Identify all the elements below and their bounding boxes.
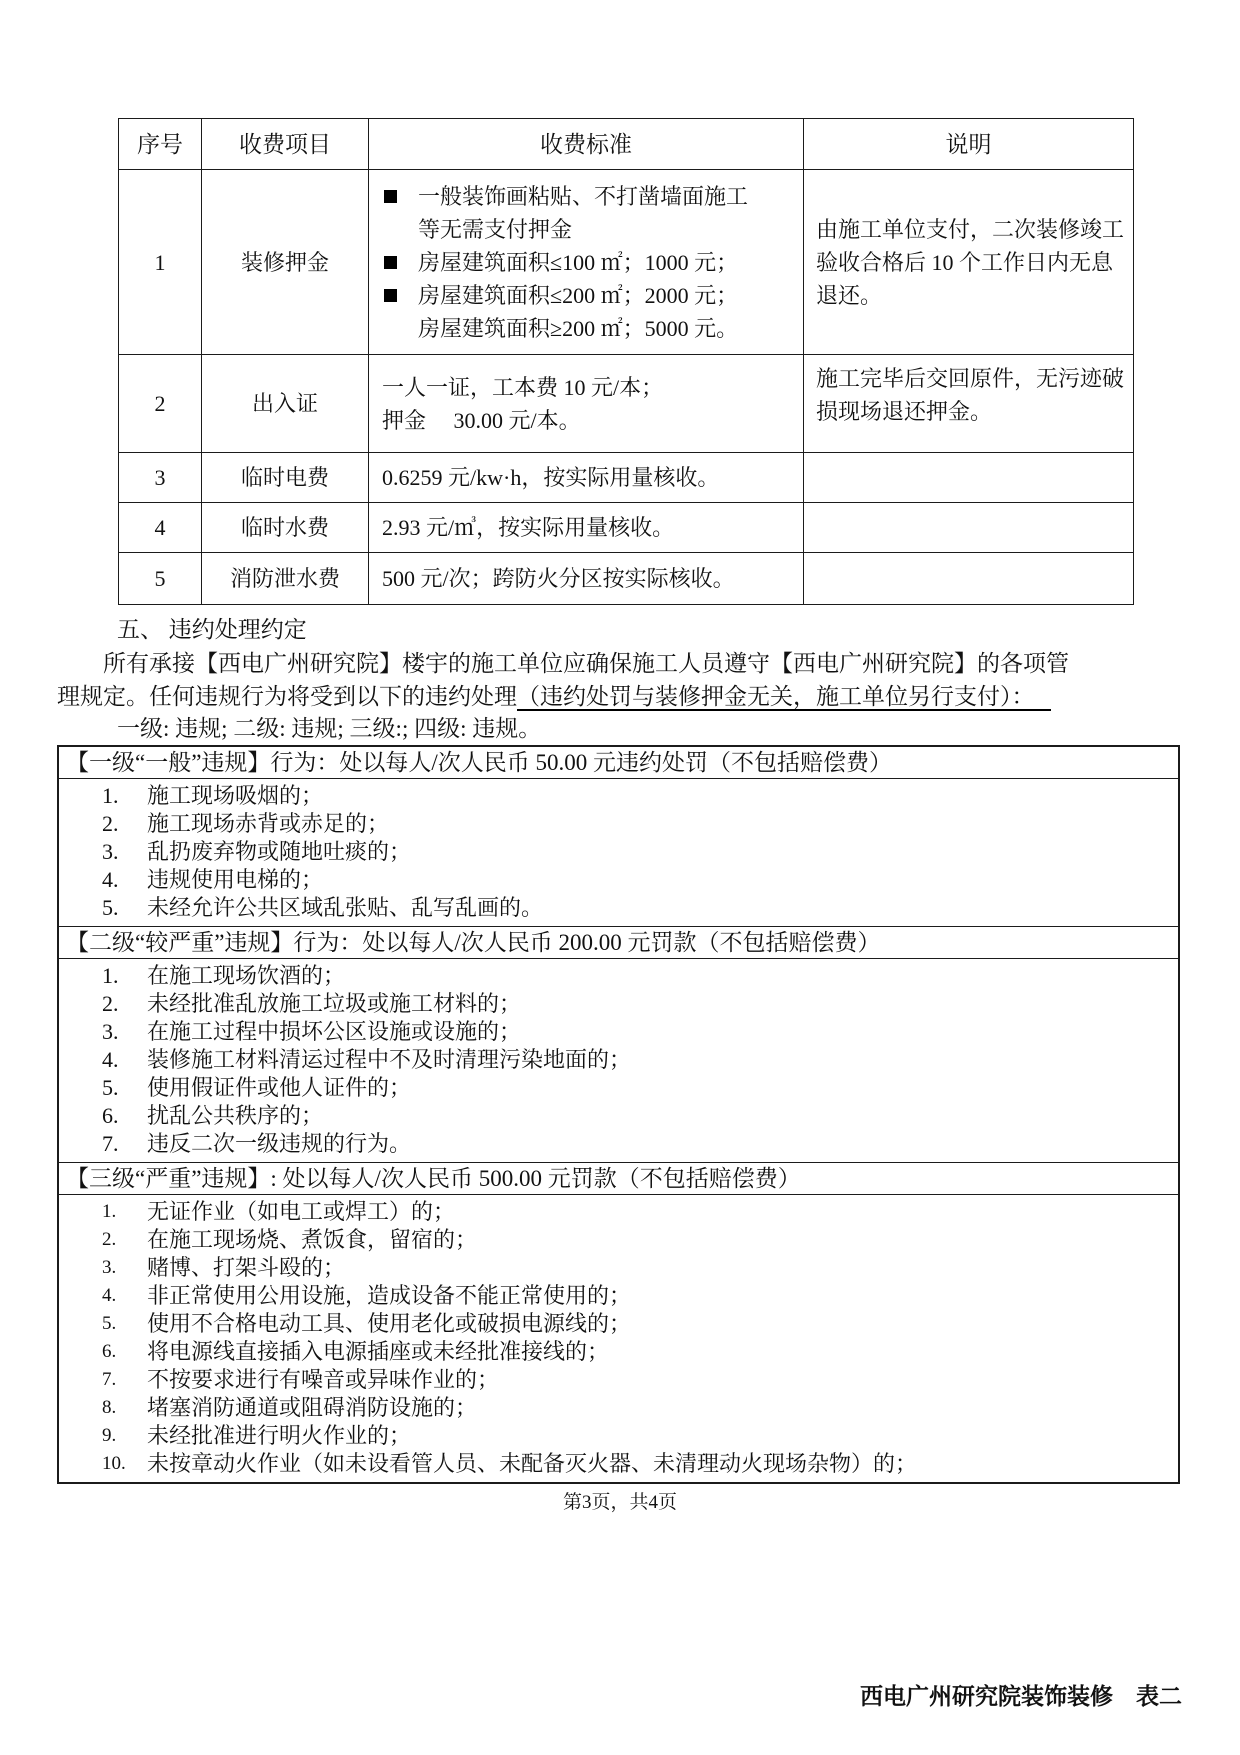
violation-item: 7.不按要求进行有噪音或异味作业的； (59, 1366, 1178, 1394)
violation-item-number: 10. (102, 1450, 147, 1478)
violation-item-list: 1.无证作业（如电工或焊工）的；2.在施工现场烧、煮饭食，留宿的；3.赌博、打架… (59, 1195, 1178, 1482)
violation-item: 6.扰乱公共秩序的； (59, 1102, 1178, 1130)
document-footer-label: 西电广州研究院装饰装修 表二 (860, 1678, 1182, 1711)
violation-item-number: 2. (102, 810, 147, 838)
fee-note-cell: 施工完毕后交回原件，无污迹破 损现场退还押金。 (804, 355, 1134, 453)
fee-standard-cell: 2.93 元/㎥，按实际用量核收。 (369, 503, 804, 553)
page-content: 序号收费项目收费标准说明 1装修押金一般装饰画粘贴、不打凿墙面施工 等无需支付押… (57, 118, 1180, 1484)
violation-item: 1.无证作业（如电工或焊工）的； (59, 1198, 1178, 1226)
document-page: 序号收费项目收费标准说明 1装修押金一般装饰画粘贴、不打凿墙面施工 等无需支付押… (0, 0, 1240, 1755)
fee-table-header-row: 序号收费项目收费标准说明 (119, 119, 1134, 170)
fee-standard-cell: 一人一证，工本费 10 元/本； 押金 30.00 元/本。 (369, 355, 804, 453)
violation-box: 【一级“一般”违规】行为：处以每人/次人民币 50.00 元违约处罚（不包括赔偿… (57, 745, 1180, 1484)
fee-standard-bullet: 房屋建筑面积≤100 ㎡；1000 元； (382, 246, 797, 279)
violation-item-text: 使用不合格电动工具、使用老化或破损电源线的； (147, 1310, 1178, 1338)
fee-table-body: 1装修押金一般装饰画粘贴、不打凿墙面施工 等无需支付押金房屋建筑面积≤100 ㎡… (119, 170, 1134, 605)
violation-item-text: 使用假证件或他人证件的； (147, 1074, 1178, 1102)
violation-item-number: 9. (102, 1422, 147, 1450)
violation-item-text: 不按要求进行有噪音或异味作业的； (147, 1366, 1178, 1394)
violation-item-number: 5. (102, 1074, 147, 1102)
violation-item: 6.将电源线直接插入电源插座或未经批准接线的； (59, 1338, 1178, 1366)
violation-item-text: 在施工过程中损坏公区设施或设施的； (147, 1018, 1178, 1046)
violation-item-text: 在施工现场烧、煮饭食，留宿的； (147, 1226, 1178, 1254)
violation-item-text: 非正常使用公用设施，造成设备不能正常使用的； (147, 1282, 1178, 1310)
fee-table-row: 3临时电费0.6259 元/kw·h，按实际用量核收。 (119, 453, 1134, 503)
violation-item-text: 未经批准进行明火作业的； (147, 1422, 1178, 1450)
violation-item: 5.使用假证件或他人证件的； (59, 1074, 1178, 1102)
fee-note-cell (804, 503, 1134, 553)
violation-item-number: 2. (102, 1226, 147, 1254)
violation-item: 3.乱扔废弃物或随地吐痰的； (59, 838, 1178, 866)
violation-item: 7.违反二次一级违规的行为。 (59, 1130, 1178, 1158)
violation-level-header: 【二级“较严重”违规】行为：处以每人/次人民币 200.00 元罚款（不包括赔偿… (59, 926, 1178, 959)
violation-item-text: 违规使用电梯的； (147, 866, 1178, 894)
violation-item: 5.未经允许公共区域乱张贴、乱写乱画的。 (59, 894, 1178, 922)
violation-item-list: 1.在施工现场饮酒的；2.未经批准乱放施工垃圾或施工材料的；3.在施工过程中损坏… (59, 959, 1178, 1162)
violation-levels-line: 一级: 违规; 二级: 违规; 三级:; 四级: 违规。 (57, 713, 1180, 744)
violation-item-text: 施工现场赤背或赤足的； (147, 810, 1178, 838)
fee-table-row: 1装修押金一般装饰画粘贴、不打凿墙面施工 等无需支付押金房屋建筑面积≤100 ㎡… (119, 170, 1134, 355)
fee-standard-cell: 500 元/次；跨防火分区按实际核收。 (369, 553, 804, 605)
violation-item-text: 在施工现场饮酒的； (147, 962, 1178, 990)
fee-standard-bullet-text: 房屋建筑面积≤200 ㎡；2000 元； 房屋建筑面积≥200 ㎡；5000 元… (418, 279, 738, 345)
violation-item: 10.未按章动火作业（如未设看管人员、未配备灭火器、未清理动火现场杂物）的； (59, 1450, 1178, 1478)
violation-item-number: 4. (102, 866, 147, 894)
violation-item: 2.在施工现场烧、煮饭食，留宿的； (59, 1226, 1178, 1254)
violation-item-number: 1. (102, 1198, 147, 1226)
violation-item: 8.堵塞消防通道或阻碍消防设施的； (59, 1394, 1178, 1422)
fee-standard-cell: 一般装饰画粘贴、不打凿墙面施工 等无需支付押金房屋建筑面积≤100 ㎡；1000… (369, 170, 804, 355)
violation-item: 3.赌博、打架斗殴的； (59, 1254, 1178, 1282)
violation-item-number: 7. (102, 1130, 147, 1158)
section-title: 五、 违约处理约定 (117, 614, 1180, 645)
violation-level-header: 【三级“严重”违规】: 处以每人/次人民币 500.00 元罚款（不包括赔偿费） (59, 1162, 1178, 1195)
violation-item-number: 4. (102, 1046, 147, 1074)
violation-item-number: 6. (102, 1102, 147, 1130)
paragraph-underlined-text: （违约处罚与装修押金无关，施工单位另行支付）： (517, 684, 1051, 711)
violation-item: 5.使用不合格电动工具、使用老化或破损电源线的； (59, 1310, 1178, 1338)
fee-table-header-cell: 说明 (804, 119, 1134, 170)
fee-item-name: 消防泄水费 (202, 553, 369, 605)
violation-item-text: 赌博、打架斗殴的； (147, 1254, 1178, 1282)
violation-item-number: 3. (102, 838, 147, 866)
violation-item-number: 1. (102, 962, 147, 990)
violation-item-number: 5. (102, 894, 147, 922)
violation-item-number: 5. (102, 1310, 147, 1338)
fee-row-number: 4 (119, 503, 202, 553)
violation-item-number: 1. (102, 782, 147, 810)
fee-standard-bullet: 房屋建筑面积≤200 ㎡；2000 元； 房屋建筑面积≥200 ㎡；5000 元… (382, 279, 797, 345)
violation-item-number: 6. (102, 1338, 147, 1366)
violation-item-number: 7. (102, 1366, 147, 1394)
square-bullet-icon (384, 190, 397, 203)
section-paragraph: 所有承接【西电广州研究院】楼宇的施工单位应确保施工人员遵守【西电广州研究院】的各… (57, 647, 1180, 713)
violation-item: 1.在施工现场饮酒的； (59, 962, 1178, 990)
fee-row-number: 3 (119, 453, 202, 503)
violation-item-number: 2. (102, 990, 147, 1018)
fee-standard-bullet: 一般装饰画粘贴、不打凿墙面施工 等无需支付押金 (382, 180, 797, 246)
fee-standard-bullet-text: 房屋建筑面积≤100 ㎡；1000 元； (418, 246, 738, 279)
fee-table-header-cell: 序号 (119, 119, 202, 170)
page-number: 第3页，共4页 (0, 1487, 1240, 1514)
violation-level-header: 【一级“一般”违规】行为：处以每人/次人民币 50.00 元违约处罚（不包括赔偿… (59, 747, 1178, 779)
violation-item-text: 乱扔废弃物或随地吐痰的； (147, 838, 1178, 866)
fee-row-number: 1 (119, 170, 202, 355)
fee-note-cell (804, 553, 1134, 605)
violation-item-number: 3. (102, 1254, 147, 1282)
violation-item: 2.未经批准乱放施工垃圾或施工材料的； (59, 990, 1178, 1018)
violation-item-text: 无证作业（如电工或焊工）的； (147, 1198, 1178, 1226)
square-bullet-icon (384, 289, 397, 302)
square-bullet-icon (384, 256, 397, 269)
violation-item-number: 4. (102, 1282, 147, 1310)
violation-item: 4.装修施工材料清运过程中不及时清理污染地面的； (59, 1046, 1178, 1074)
violation-item-text: 未经允许公共区域乱张贴、乱写乱画的。 (147, 894, 1178, 922)
violation-item-text: 堵塞消防通道或阻碍消防设施的； (147, 1394, 1178, 1422)
fee-note-cell: 由施工单位支付，二次装修竣工 验收合格后 10 个工作日内无息 退还。 (804, 170, 1134, 355)
fee-item-name: 装修押金 (202, 170, 369, 355)
fee-table-row: 5消防泄水费500 元/次；跨防火分区按实际核收。 (119, 553, 1134, 605)
fee-standard-cell: 0.6259 元/kw·h，按实际用量核收。 (369, 453, 804, 503)
violation-item: 4.违规使用电梯的； (59, 866, 1178, 894)
violation-item-list: 1.施工现场吸烟的；2.施工现场赤背或赤足的；3.乱扔废弃物或随地吐痰的；4.违… (59, 779, 1178, 926)
fee-row-number: 5 (119, 553, 202, 605)
fee-standard-bullet-text: 一般装饰画粘贴、不打凿墙面施工 等无需支付押金 (418, 180, 748, 246)
violation-item-text: 未按章动火作业（如未设看管人员、未配备灭火器、未清理动火现场杂物）的； (147, 1450, 1178, 1478)
violation-item: 3.在施工过程中损坏公区设施或设施的； (59, 1018, 1178, 1046)
fee-table-header-cell: 收费项目 (202, 119, 369, 170)
violation-item: 4.非正常使用公用设施，造成设备不能正常使用的； (59, 1282, 1178, 1310)
violation-item-text: 未经批准乱放施工垃圾或施工材料的； (147, 990, 1178, 1018)
violation-item: 9.未经批准进行明火作业的； (59, 1422, 1178, 1450)
fee-note-cell (804, 453, 1134, 503)
fee-item-name: 临时电费 (202, 453, 369, 503)
fee-table: 序号收费项目收费标准说明 1装修押金一般装饰画粘贴、不打凿墙面施工 等无需支付押… (118, 118, 1134, 605)
violation-item-text: 施工现场吸烟的； (147, 782, 1178, 810)
violation-item-number: 3. (102, 1018, 147, 1046)
violation-item-text: 装修施工材料清运过程中不及时清理污染地面的； (147, 1046, 1178, 1074)
violation-item-number: 8. (102, 1394, 147, 1422)
fee-item-name: 出入证 (202, 355, 369, 453)
fee-table-row: 2出入证一人一证，工本费 10 元/本； 押金 30.00 元/本。施工完毕后交… (119, 355, 1134, 453)
fee-item-name: 临时水费 (202, 503, 369, 553)
violation-item: 2.施工现场赤背或赤足的； (59, 810, 1178, 838)
violation-item-text: 扰乱公共秩序的； (147, 1102, 1178, 1130)
fee-row-number: 2 (119, 355, 202, 453)
violation-item-text: 将电源线直接插入电源插座或未经批准接线的； (147, 1338, 1178, 1366)
violation-item-text: 违反二次一级违规的行为。 (147, 1130, 1178, 1158)
violation-item: 1.施工现场吸烟的； (59, 782, 1178, 810)
fee-table-header-cell: 收费标准 (369, 119, 804, 170)
fee-table-row: 4临时水费2.93 元/㎥，按实际用量核收。 (119, 503, 1134, 553)
